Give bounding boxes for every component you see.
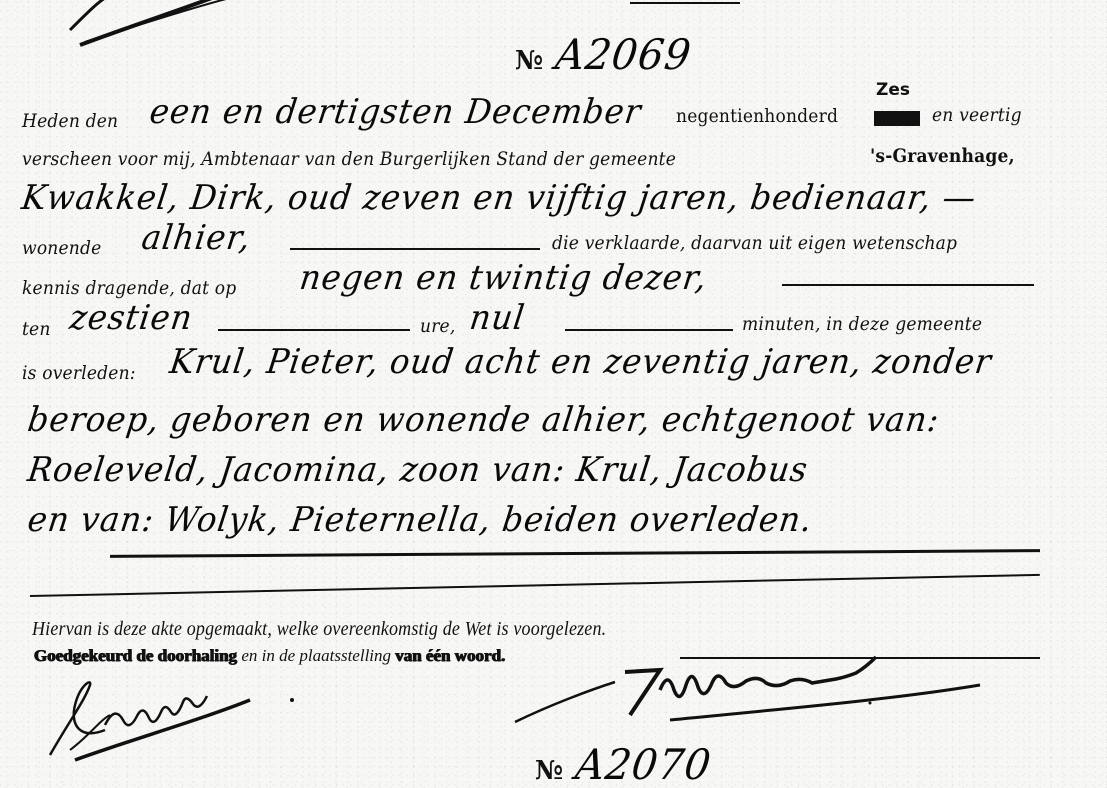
certificate-number: № A2069 (515, 30, 699, 79)
redaction-block (874, 111, 920, 126)
signature-stroke-icon (60, 0, 320, 50)
line-1-prefix: Heden den (22, 110, 118, 132)
line-6-hour-rule (218, 329, 410, 331)
year-correction: Zes (876, 80, 910, 100)
line-4-suffix: die verklaarde, daarvan uit eigen wetens… (552, 232, 957, 254)
closing-statement: Hiervan is deze akte opgemaakt, welke ov… (32, 618, 606, 641)
approval-stamp-part1: Goedgekeurd de doorhaling (34, 646, 237, 665)
line-5-prefix: kennis dragende, dat op (22, 277, 236, 299)
closing-rule-2 (30, 574, 1040, 597)
declarant-details: Kwakkel, Dirk, oud zeven en vijftig jare… (19, 178, 978, 218)
line-4-prefix: wonende (22, 237, 101, 259)
declarant-residence: alhier, (139, 218, 253, 258)
line-6-minutes-rule (565, 329, 733, 331)
hour-label: ure, (420, 315, 455, 337)
next-certificate-number-value: A2070 (573, 740, 715, 788)
signature-official-icon (510, 660, 1050, 730)
death-date: negen en twintig dezer, (297, 258, 709, 298)
line-1-year-printed: negentienhonderd (676, 105, 838, 127)
top-divider (630, 2, 740, 4)
approval-stamp: Goedgekeurd de doorhaling en in de plaat… (34, 646, 505, 666)
signature-kwakkel-icon (30, 680, 290, 760)
numero-symbol: № (515, 46, 543, 76)
death-hour: zestien (67, 298, 195, 338)
line-1-suffix: en veertig (932, 104, 1022, 126)
year-redaction (874, 108, 920, 127)
mother-and-status: en van: Wolyk, Pieternella, beiden overl… (25, 500, 815, 540)
deceased-occupation-spouse: beroep, geboren en wonende alhier, echtg… (25, 400, 942, 440)
line-4-fill-rule (290, 248, 540, 250)
line-6-prefix: ten (22, 318, 51, 340)
deceased-details: Krul, Pieter, oud acht en zeventig jaren… (167, 342, 994, 382)
top-signature-fragment (60, 0, 320, 54)
line-1-day: een en dertigsten December (147, 92, 644, 132)
certificate-number-value: A2069 (553, 30, 695, 79)
line-7-prefix: is overleden: (22, 362, 136, 384)
line-6-suffix: minuten, in deze gemeente (742, 313, 982, 335)
approval-fill-rule (680, 657, 1040, 659)
line-2-printed: verscheen voor mij, Ambtenaar van den Bu… (22, 148, 676, 170)
closing-rule-1 (110, 549, 1040, 558)
municipality: 's-Gravenhage, (870, 145, 1015, 167)
approval-stamp-part2: en in de plaatsstelling (241, 646, 391, 665)
approval-stamp-part3: van één woord. (395, 646, 505, 665)
next-numero-symbol: № (535, 756, 563, 786)
declarant-signature (30, 680, 290, 764)
next-certificate-number: № A2070 (535, 740, 719, 788)
death-minutes: nul (467, 298, 527, 338)
line-5-fill-rule (782, 284, 1034, 286)
spouse-and-father: Roeleveld, Jacomina, zoon van: Krul, Jac… (25, 450, 810, 490)
official-signature (510, 660, 1050, 734)
